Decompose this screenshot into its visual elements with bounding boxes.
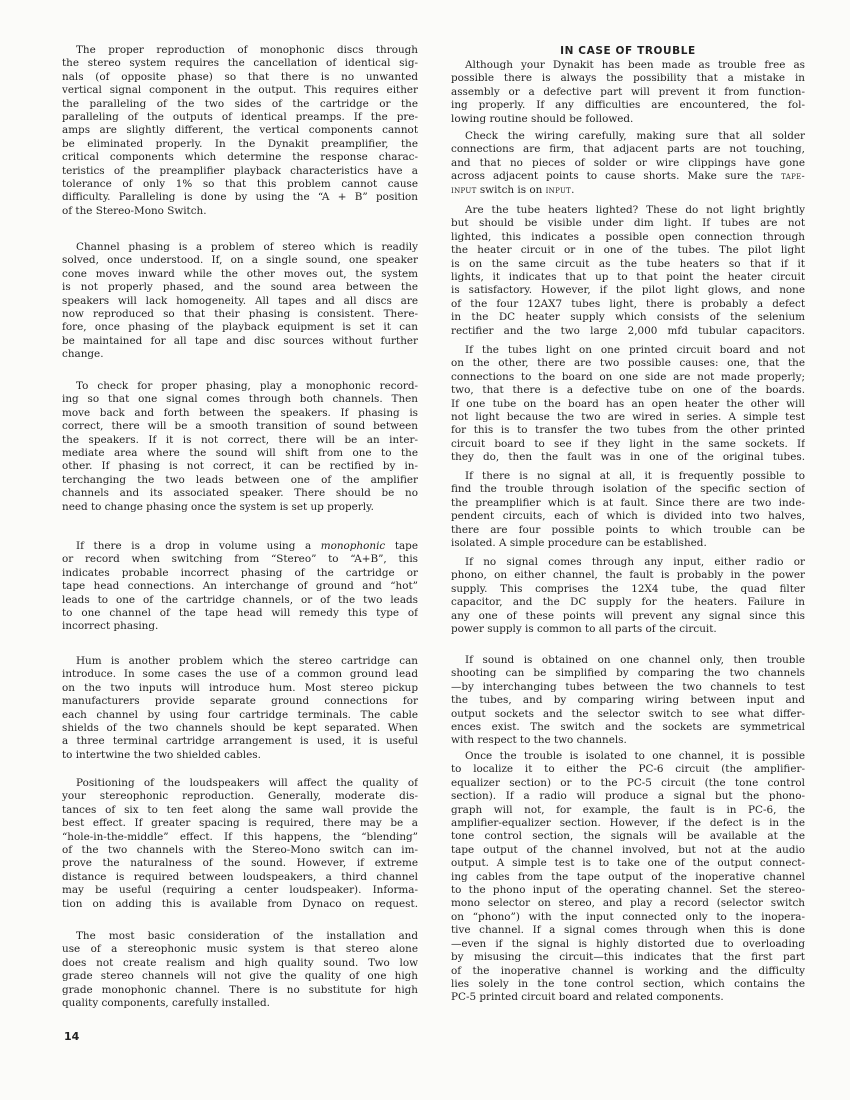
text-line: input switch is on input. bbox=[451, 184, 805, 197]
paragraph-channel-phasing: Channel phasing is a problem of stereo w… bbox=[62, 241, 418, 362]
paragraph-check-wiring: Check the wiring carefully, making sure … bbox=[451, 130, 805, 197]
text-run: across adjacent points to cause shorts. … bbox=[451, 170, 781, 182]
text-line: power supply is common to all parts of t… bbox=[451, 623, 805, 636]
text-line: prove the naturalness of the sound. Howe… bbox=[62, 857, 418, 870]
text-line: Are the tube heaters lighted? These do n… bbox=[451, 204, 805, 217]
paragraph-no-signal: If there is no signal at all, it is freq… bbox=[451, 470, 805, 550]
text-line: tape head connections. An interchange of… bbox=[62, 580, 418, 593]
text-line: rectifier and the two large 2,000 mfd tu… bbox=[451, 325, 805, 338]
text-line: phono, on either channel, the fault is p… bbox=[451, 569, 805, 582]
text-line: graph will not, for example, the fault i… bbox=[451, 804, 805, 817]
text-line: a three terminal cartridge arrangement i… bbox=[62, 735, 418, 748]
text-line: tone control section, the signals will b… bbox=[451, 830, 805, 843]
paragraph-basic-consideration: The most basic consideration of the inst… bbox=[62, 930, 418, 1010]
paragraph-volume-drop: If there is a drop in volume using a mon… bbox=[62, 540, 418, 634]
text-line: circuit board to see if they light in th… bbox=[451, 438, 805, 451]
text-line: ences exist. The switch and the sockets … bbox=[451, 721, 805, 734]
text-line: shooting can be simplified by comparing … bbox=[451, 667, 805, 680]
text-line: If one tube on the board has an open hea… bbox=[451, 398, 805, 411]
text-line: the paralleling of the two sides of the … bbox=[62, 98, 418, 111]
text-line: Once the trouble is isolated to one chan… bbox=[451, 750, 805, 763]
text-line: If the tubes light on one printed circui… bbox=[451, 344, 805, 357]
text-line: use of a stereophonic music system is th… bbox=[62, 943, 418, 956]
text-line: move back and forth between the speakers… bbox=[62, 407, 418, 420]
text-line: pendent circuits, each of which is divid… bbox=[451, 510, 805, 523]
text-line: tances of six to ten feet along the same… bbox=[62, 804, 418, 817]
text-line: does not create realism and high quality… bbox=[62, 957, 418, 970]
text-line: section). If a radio will produce a sign… bbox=[451, 790, 805, 803]
text-line: If there is no signal at all, it is freq… bbox=[451, 470, 805, 483]
text-line: but should be visible under dim light. I… bbox=[451, 217, 805, 230]
text-line: find the trouble through isolation of th… bbox=[451, 483, 805, 496]
text-line: to the phono input of the operating chan… bbox=[451, 884, 805, 897]
paragraph-check-phasing: To check for proper phasing, play a mono… bbox=[62, 380, 418, 514]
text-line: shields of the two channels should be ke… bbox=[62, 722, 418, 735]
text-line: mediate area where the sound will shift … bbox=[62, 447, 418, 460]
text-line: of the four 12AX7 tubes light, there is … bbox=[451, 298, 805, 311]
text-line: best effect. If greater spacing is requi… bbox=[62, 817, 418, 830]
text-line: by misusing the circuit—this indicates t… bbox=[451, 951, 805, 964]
paragraph-intro: Although your Dynakit has been made as t… bbox=[451, 59, 805, 126]
text-line: output sockets and the selector switch t… bbox=[451, 708, 805, 721]
text-line: not light because the two are wired in s… bbox=[451, 411, 805, 424]
text-line: on “phono”) with the input connected onl… bbox=[451, 911, 805, 924]
text-line: equalizer section) or to the PC-5 circui… bbox=[451, 777, 805, 790]
text-line: Positioning of the loudspeakers will aff… bbox=[62, 777, 418, 790]
text-line: lighted, this indicates a possible open … bbox=[451, 231, 805, 244]
text-line: quality components, carefully installed. bbox=[62, 997, 418, 1010]
paragraph-tube-heaters: Are the tube heaters lighted? These do n… bbox=[451, 204, 805, 338]
text-line: leads to one of the cartridge channels, … bbox=[62, 594, 418, 607]
text-line: Check the wiring carefully, making sure … bbox=[451, 130, 805, 143]
text-line: other. If phasing is not correct, it can… bbox=[62, 460, 418, 473]
text-line: any one of these points will prevent any… bbox=[451, 610, 805, 623]
text-line: be maintained for all tape and disc sour… bbox=[62, 335, 418, 348]
text-line: PC-5 printed circuit board and related c… bbox=[451, 991, 805, 1004]
switch-label-tape-input: tape- bbox=[781, 171, 805, 182]
text-line: The proper reproduction of monophonic di… bbox=[62, 44, 418, 57]
text-line: amps are slightly different, the vertica… bbox=[62, 124, 418, 137]
text-line: amplifier-equalizer section. However, if… bbox=[451, 817, 805, 830]
text-line: Channel phasing is a problem of stereo w… bbox=[62, 241, 418, 254]
text-line: introduce. In some cases the use of a co… bbox=[62, 668, 418, 681]
text-line: If sound is obtained on one channel only… bbox=[451, 654, 805, 667]
text-run: If there is a drop in volume using a bbox=[76, 540, 321, 552]
text-line: vertical signal component in the output.… bbox=[62, 84, 418, 97]
text-line: two, that there is a defective tube on o… bbox=[451, 384, 805, 397]
text-line: —by interchanging tubes between the two … bbox=[451, 681, 805, 694]
text-line: lights, it indicates that up to that poi… bbox=[451, 271, 805, 284]
text-line: paralleling of the outputs of identical … bbox=[62, 111, 418, 124]
text-line: grade monophonic channel. There is no su… bbox=[62, 984, 418, 997]
section-heading: IN CASE OF TROUBLE bbox=[451, 44, 805, 58]
paragraph-one-channel: If sound is obtained on one channel only… bbox=[451, 654, 805, 748]
text-line: indicates probable incorrect phasing of … bbox=[62, 567, 418, 580]
text-line: tape output of the channel involved, but… bbox=[451, 844, 805, 857]
text-line: the stereo system requires the cancellat… bbox=[62, 57, 418, 70]
text-line: mono selector on stereo, and play a reco… bbox=[451, 897, 805, 910]
text-line: Although your Dynakit has been made as t… bbox=[451, 59, 805, 72]
text-line: fore, once phasing of the playback equip… bbox=[62, 321, 418, 334]
text-line: assembly or a defective part will preven… bbox=[451, 86, 805, 99]
text-line: tive channel. If a signal comes through … bbox=[451, 924, 805, 937]
text-line: of the inoperative channel is working an… bbox=[451, 965, 805, 978]
text-line: or record when switching from “Stereo” t… bbox=[62, 553, 418, 566]
switch-position-input: input bbox=[546, 185, 572, 196]
text-line: be eliminated properly. In the Dynakit p… bbox=[62, 138, 418, 151]
right-column: IN CASE OF TROUBLE Although your Dynakit… bbox=[451, 44, 805, 60]
text-line: ing cables from the tape output of the i… bbox=[451, 871, 805, 884]
emphasis-text: monophonic bbox=[321, 540, 386, 552]
text-line: they do, then the fault was in one of th… bbox=[451, 451, 805, 464]
text-line: output. A simple test is to take one of … bbox=[451, 857, 805, 870]
text-line: there are four possible points to which … bbox=[451, 524, 805, 537]
text-line: on the two inputs will introduce hum. Mo… bbox=[62, 682, 418, 695]
text-line: is not properly phased, and the sound ar… bbox=[62, 281, 418, 294]
text-line: grade stereo channels will not give the … bbox=[62, 970, 418, 983]
text-line: nals (of opposite phase) so that there i… bbox=[62, 71, 418, 84]
text-line: isolated. A simple procedure can be esta… bbox=[451, 537, 805, 550]
text-line: and that no pieces of solder or wire cli… bbox=[451, 157, 805, 170]
text-line: to intertwine the two shielded cables. bbox=[62, 749, 418, 762]
text-line: the tubes, and by comparing wiring betwe… bbox=[451, 694, 805, 707]
text-line: “hole-in-the-middle” effect. If this hap… bbox=[62, 831, 418, 844]
text-line: To check for proper phasing, play a mono… bbox=[62, 380, 418, 393]
text-line: ing so that one signal comes through bot… bbox=[62, 393, 418, 406]
text-run: switch is on bbox=[477, 184, 546, 196]
paragraph-localize-trouble: Once the trouble is isolated to one chan… bbox=[451, 750, 805, 1005]
text-line: ing properly. If any difficulties are en… bbox=[451, 99, 805, 112]
text-line: tolerance of only 1% so that this proble… bbox=[62, 178, 418, 191]
text-line: of the Stereo-Mono Switch. bbox=[62, 205, 418, 218]
page-number: 14 bbox=[64, 1030, 79, 1043]
paragraph-mono-discs: The proper reproduction of monophonic di… bbox=[62, 44, 418, 218]
text-line: for this is to transfer the two tubes fr… bbox=[451, 424, 805, 437]
text-line: on the other, there are two possible cau… bbox=[451, 357, 805, 370]
text-line: to localize it to either the PC-6 circui… bbox=[451, 763, 805, 776]
text-line: critical components which determine the … bbox=[62, 151, 418, 164]
text-line: change. bbox=[62, 348, 418, 361]
text-line: Hum is another problem which the stereo … bbox=[62, 655, 418, 668]
text-line: If there is a drop in volume using a mon… bbox=[62, 540, 418, 553]
text-line: The most basic consideration of the inst… bbox=[62, 930, 418, 943]
paragraph-circuit-board: If the tubes light on one printed circui… bbox=[451, 344, 805, 465]
text-line: manufacturers provide separate ground co… bbox=[62, 695, 418, 708]
text-line: across adjacent points to cause shorts. … bbox=[451, 170, 805, 183]
text-line: to one channel of the tape head will rem… bbox=[62, 607, 418, 620]
text-line: need to change phasing once the system i… bbox=[62, 501, 418, 514]
text-line: teristics of the preamplifier playback c… bbox=[62, 165, 418, 178]
text-line: distance is required between loudspeaker… bbox=[62, 871, 418, 884]
text-line: with respect to the two channels. bbox=[451, 734, 805, 747]
text-line: the heater circuit or in one of the tube… bbox=[451, 244, 805, 257]
text-line: may be useful (requiring a center loudsp… bbox=[62, 884, 418, 897]
text-line: is satisfactory. However, if the pilot l… bbox=[451, 284, 805, 297]
paragraph-loudspeaker-positioning: Positioning of the loudspeakers will aff… bbox=[62, 777, 418, 911]
text-line: each channel by using four cartridge ter… bbox=[62, 709, 418, 722]
text-line: correct, there will be a smooth transiti… bbox=[62, 420, 418, 433]
text-line: your stereophonic reproduction. Generall… bbox=[62, 790, 418, 803]
text-line: —even if the signal is highly distorted … bbox=[451, 938, 805, 951]
text-line: supply. This comprises the 12X4 tube, th… bbox=[451, 583, 805, 596]
text-line: possible there is always the possibility… bbox=[451, 72, 805, 85]
text-line: connections to the board on one side are… bbox=[451, 371, 805, 384]
text-run: . bbox=[571, 184, 574, 196]
text-line: speakers will lack homogeneity. All tape… bbox=[62, 295, 418, 308]
text-line: capacitor, and the DC supply for the hea… bbox=[451, 596, 805, 609]
text-line: difficulty. Paralleling is done by using… bbox=[62, 191, 418, 204]
text-line: the preamplifier which is at fault. Sinc… bbox=[451, 497, 805, 510]
text-line: is on the same circuit as the tube heate… bbox=[451, 258, 805, 271]
text-line: channels and its associated speaker. The… bbox=[62, 487, 418, 500]
paragraph-hum: Hum is another problem which the stereo … bbox=[62, 655, 418, 762]
text-line: terchanging the two leads between one of… bbox=[62, 474, 418, 487]
text-line: lowing routine should be followed. bbox=[451, 113, 805, 126]
switch-label-input: input bbox=[451, 185, 477, 196]
text-line: tion on adding this is available from Dy… bbox=[62, 898, 418, 911]
text-line: now reproduced so that their phasing is … bbox=[62, 308, 418, 321]
text-line: the speakers. If it is not correct, ther… bbox=[62, 434, 418, 447]
text-line: solved, once understood. If, on a single… bbox=[62, 254, 418, 267]
manual-page: The proper reproduction of monophonic di… bbox=[0, 0, 850, 1100]
text-line: incorrect phasing. bbox=[62, 620, 418, 633]
text-run: tape bbox=[385, 540, 418, 552]
text-line: connections are firm, that adjacent part… bbox=[451, 143, 805, 156]
text-line: lies solely in the tone control section,… bbox=[451, 978, 805, 991]
text-line: cone moves inward while the other moves … bbox=[62, 268, 418, 281]
text-line: in the DC heater supply which consists o… bbox=[451, 311, 805, 324]
text-line: If no signal comes through any input, ei… bbox=[451, 556, 805, 569]
text-line: of the two channels with the Stereo-Mono… bbox=[62, 844, 418, 857]
paragraph-power-supply: If no signal comes through any input, ei… bbox=[451, 556, 805, 636]
